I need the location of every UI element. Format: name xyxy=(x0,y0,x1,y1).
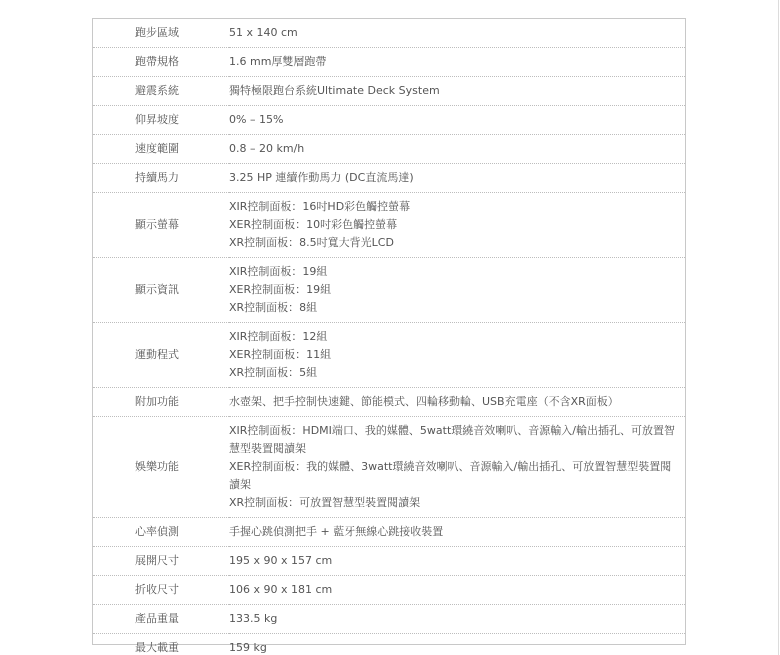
spec-label: 仰昇坡度 xyxy=(93,106,229,135)
spec-row: 折收尺寸106 x 90 x 181 cm xyxy=(93,576,685,605)
spec-value-line: 1.6 mm厚雙層跑帶 xyxy=(229,53,677,71)
spec-value-line: 0.8 – 20 km/h xyxy=(229,140,677,158)
spec-value-line: XER控制面板：我的媒體、3watt環繞音效喇叭、音源輸入/輸出插孔、可放置智慧… xyxy=(229,458,677,494)
spec-label: 跑步區域 xyxy=(93,19,229,48)
spec-row: 展開尺寸195 x 90 x 157 cm xyxy=(93,547,685,576)
spec-value: 水壺架、把手控制快速鍵、節能模式、四輪移動輪、USB充電座（不含XR面板） xyxy=(229,388,685,417)
spec-value-line: XR控制面板：可放置智慧型裝置閱讀架 xyxy=(229,494,677,512)
spec-value-line: XIR控制面板：12組 xyxy=(229,328,677,346)
spec-value-line: 159 kg xyxy=(229,639,677,655)
spec-label: 跑帶規格 xyxy=(93,48,229,77)
spec-row: 附加功能水壺架、把手控制快速鍵、節能模式、四輪移動輪、USB充電座（不含XR面板… xyxy=(93,388,685,417)
spec-value: 51 x 140 cm xyxy=(229,19,685,48)
spec-value: XIR控制面板：19組XER控制面板：19組XR控制面板：8組 xyxy=(229,258,685,323)
spec-value: 3.25 HP 連續作動馬力 (DC直流馬達) xyxy=(229,164,685,193)
spec-value-line: XIR控制面板：16吋HD彩色觸控螢幕 xyxy=(229,198,677,216)
spec-label: 心率偵測 xyxy=(93,518,229,547)
spec-label: 持續馬力 xyxy=(93,164,229,193)
spec-value-line: 133.5 kg xyxy=(229,610,677,628)
spec-value-line: 195 x 90 x 157 cm xyxy=(229,552,677,570)
spec-value-line: 3.25 HP 連續作動馬力 (DC直流馬達) xyxy=(229,169,677,187)
spec-value-line: XER控制面板：10吋彩色觸控螢幕 xyxy=(229,216,677,234)
spec-label: 產品重量 xyxy=(93,605,229,634)
spec-value: XIR控制面板：12組XER控制面板：11組XR控制面板：5組 xyxy=(229,323,685,388)
spec-value-line: 0% – 15% xyxy=(229,111,677,129)
spec-label: 避震系統 xyxy=(93,77,229,106)
spec-value-line: 手握心跳偵測把手 + 藍牙無線心跳接收裝置 xyxy=(229,523,677,541)
spec-value: 0% – 15% xyxy=(229,106,685,135)
spec-row: 跑步區域51 x 140 cm xyxy=(93,19,685,48)
spec-table-body: 跑步區域51 x 140 cm跑帶規格1.6 mm厚雙層跑帶避震系統獨特極限跑台… xyxy=(93,19,685,655)
spec-value-line: XR控制面板：8.5吋寬大背光LCD xyxy=(229,234,677,252)
spec-value-line: XIR控制面板：HDMI端口、我的媒體、5watt環繞音效喇叭、音源輸入/輸出插… xyxy=(229,422,677,458)
spec-value-line: 獨特極限跑台系統Ultimate Deck System xyxy=(229,82,677,100)
spec-value: XIR控制面板：HDMI端口、我的媒體、5watt環繞音效喇叭、音源輸入/輸出插… xyxy=(229,417,685,518)
spec-value: 195 x 90 x 157 cm xyxy=(229,547,685,576)
spec-row: 運動程式XIR控制面板：12組XER控制面板：11組XR控制面板：5組 xyxy=(93,323,685,388)
spec-row: 心率偵測手握心跳偵測把手 + 藍牙無線心跳接收裝置 xyxy=(93,518,685,547)
spec-row: 跑帶規格1.6 mm厚雙層跑帶 xyxy=(93,48,685,77)
spec-label: 最大載重 xyxy=(93,634,229,655)
spec-value: 1.6 mm厚雙層跑帶 xyxy=(229,48,685,77)
spec-value-line: XR控制面板：8組 xyxy=(229,299,677,317)
spec-value-line: XIR控制面板：19組 xyxy=(229,263,677,281)
spec-row: 顯示螢幕XIR控制面板：16吋HD彩色觸控螢幕XER控制面板：10吋彩色觸控螢幕… xyxy=(93,193,685,258)
spec-label: 運動程式 xyxy=(93,323,229,388)
spec-value-line: XR控制面板：5組 xyxy=(229,364,677,382)
spec-label: 娛樂功能 xyxy=(93,417,229,518)
spec-label: 速度範圍 xyxy=(93,135,229,164)
spec-value-line: XER控制面板：11組 xyxy=(229,346,677,364)
spec-value-line: 51 x 140 cm xyxy=(229,24,677,42)
spec-row: 仰昇坡度0% – 15% xyxy=(93,106,685,135)
spec-label: 折收尺寸 xyxy=(93,576,229,605)
spec-value: 106 x 90 x 181 cm xyxy=(229,576,685,605)
spec-label: 顯示資訊 xyxy=(93,258,229,323)
spec-row: 娛樂功能XIR控制面板：HDMI端口、我的媒體、5watt環繞音效喇叭、音源輸入… xyxy=(93,417,685,518)
page-edge-divider xyxy=(778,0,779,655)
spec-value: XIR控制面板：16吋HD彩色觸控螢幕XER控制面板：10吋彩色觸控螢幕XR控制… xyxy=(229,193,685,258)
spec-table: 跑步區域51 x 140 cm跑帶規格1.6 mm厚雙層跑帶避震系統獨特極限跑台… xyxy=(93,19,685,655)
spec-value: 獨特極限跑台系統Ultimate Deck System xyxy=(229,77,685,106)
spec-row: 產品重量133.5 kg xyxy=(93,605,685,634)
spec-value-line: 水壺架、把手控制快速鍵、節能模式、四輪移動輪、USB充電座（不含XR面板） xyxy=(229,393,677,411)
spec-value: 133.5 kg xyxy=(229,605,685,634)
spec-row: 顯示資訊XIR控制面板：19組XER控制面板：19組XR控制面板：8組 xyxy=(93,258,685,323)
spec-value-line: 106 x 90 x 181 cm xyxy=(229,581,677,599)
spec-label: 展開尺寸 xyxy=(93,547,229,576)
spec-row: 避震系統獨特極限跑台系統Ultimate Deck System xyxy=(93,77,685,106)
spec-row: 最大載重159 kg xyxy=(93,634,685,655)
spec-value: 手握心跳偵測把手 + 藍牙無線心跳接收裝置 xyxy=(229,518,685,547)
spec-value-line: XER控制面板：19組 xyxy=(229,281,677,299)
spec-row: 持續馬力3.25 HP 連續作動馬力 (DC直流馬達) xyxy=(93,164,685,193)
spec-label: 顯示螢幕 xyxy=(93,193,229,258)
spec-value: 159 kg xyxy=(229,634,685,655)
spec-value: 0.8 – 20 km/h xyxy=(229,135,685,164)
spec-row: 速度範圍0.8 – 20 km/h xyxy=(93,135,685,164)
spec-table-container: 跑步區域51 x 140 cm跑帶規格1.6 mm厚雙層跑帶避震系統獨特極限跑台… xyxy=(92,18,686,645)
spec-label: 附加功能 xyxy=(93,388,229,417)
